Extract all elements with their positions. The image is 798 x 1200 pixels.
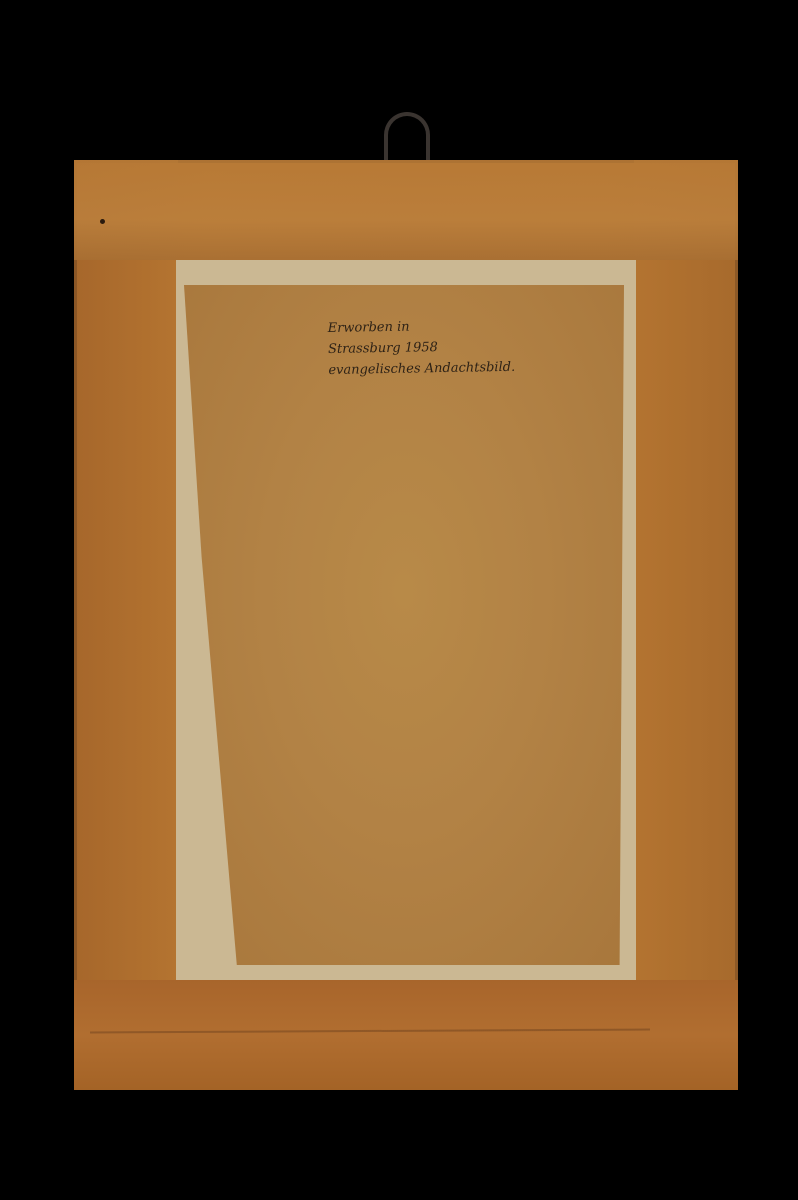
tape-left [74,160,178,1090]
cardboard-panel [184,285,624,965]
tape-right [634,160,738,1090]
inscription-line: evangelisches Andachtsbild. [328,356,558,381]
frame-back-board [74,160,738,1090]
tape-bottom [74,980,738,1090]
nail-hole [100,219,105,224]
handwritten-inscription: Erworben in Strassburg 1958 evangelische… [327,314,558,381]
tape-top [74,160,738,260]
